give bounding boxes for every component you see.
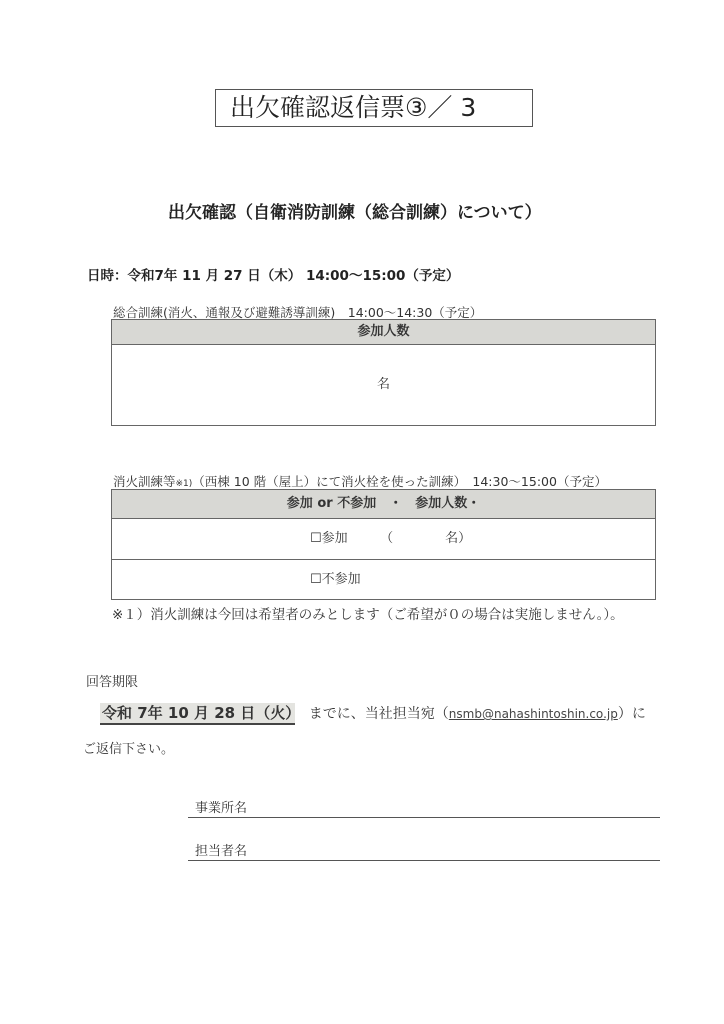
attendance-header: 参加 or 不参加 ・ 参加人数・ — [112, 490, 655, 519]
person-name-field[interactable]: 担当者名 — [188, 840, 660, 861]
participants-count-field[interactable]: 名 — [112, 345, 655, 425]
deadline-text: までに、当社担当宛（ — [295, 706, 449, 722]
person-name-label: 担当者名 — [195, 840, 247, 859]
footnote: ※１）消火訓練は今回は希望者のみとします（ご希望が０の場合は実施しません。）。 — [112, 603, 624, 623]
unit-label: 名 — [377, 377, 390, 392]
reply-request: ご返信下さい。 — [83, 738, 174, 757]
page-title: 出欠確認返信票③／ 3 — [215, 89, 533, 127]
option-absent[interactable]: ☐不参加 — [112, 560, 655, 600]
deadline-date: 令和 7年 10 月 28 日（火） — [100, 703, 295, 725]
attendance-table: 参加 or 不参加 ・ 参加人数・ ☐参加 （ 名） ☐不参加 — [111, 489, 656, 600]
deadline-label: 回答期限 — [86, 671, 138, 690]
option-attend[interactable]: ☐参加 （ 名） — [112, 519, 655, 560]
deadline-line: 令和 7年 10 月 28 日（火） までに、当社担当宛（nsmb@nahash… — [100, 702, 646, 723]
footnote-mark: ※1) — [176, 479, 193, 489]
event-datetime: 日時：令和7年 11 月 27 日（木） 14:00〜15:00（予定） — [87, 264, 459, 284]
document-subtitle: 出欠確認（自衛消防訓練（総合訓練）について） — [168, 198, 542, 223]
participants-header: 参加人数 — [112, 320, 655, 345]
participants-table: 参加人数 名 — [111, 319, 656, 426]
section2-detail: （西棟 10 階（屋上）にて消火栓を使った訓練） 14:30〜15:00（予定） — [192, 474, 607, 489]
email-link[interactable]: nsmb@nahashintoshin.co.jp — [449, 707, 618, 721]
section2-title: 消火訓練等 — [113, 474, 176, 489]
office-name-label: 事業所名 — [195, 797, 247, 816]
office-name-field[interactable]: 事業所名 — [188, 797, 660, 818]
deadline-text-after: ）に — [618, 706, 646, 722]
section2-label: 消火訓練等※1)（西棟 10 階（屋上）にて消火栓を使った訓練） 14:30〜1… — [113, 472, 607, 490]
